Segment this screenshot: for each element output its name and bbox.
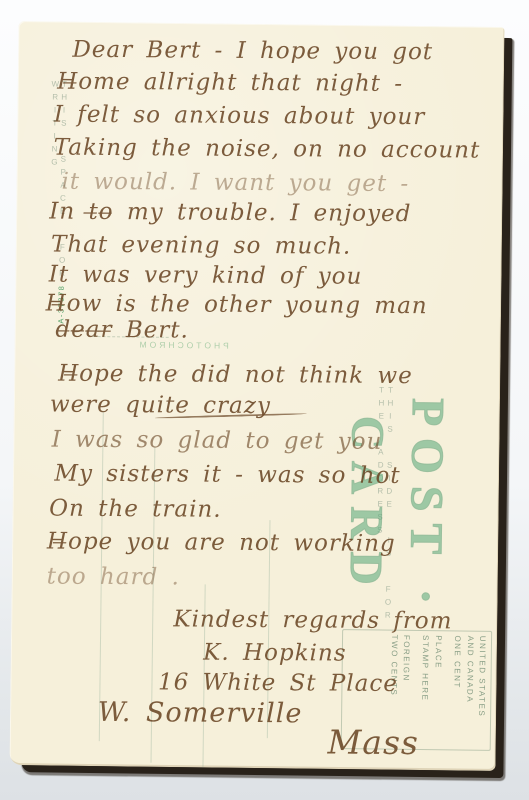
handwritten-line: Taking the noise, on no account <box>54 135 481 164</box>
handwritten-line: Dear Bert - I hope you got <box>72 37 433 66</box>
handwritten-line: W. Somerville <box>98 697 303 729</box>
handwritten-line: It was very kind of you <box>49 262 363 290</box>
handwritten-line: too hard . <box>47 564 180 591</box>
handwritten-line: That evening so much. <box>51 232 351 260</box>
postcard-scan: THIS SPACE FOR WRITING A-37378 PHOTOCHRO… <box>9 21 504 771</box>
handwritten-line: d̶e̶a̶r̶ Bert. <box>55 317 189 344</box>
handwritten-line: H̶ome allright that night - <box>57 69 403 97</box>
handwritten-line: were quite crazy <box>50 392 271 420</box>
handwritten-line: 16 White St Place <box>158 669 398 697</box>
handwriting-layer: Dear Bert - I hope you gotH̶ome allright… <box>11 22 502 769</box>
handwritten-line: I felt so anxious about your <box>54 102 426 131</box>
handwritten-line: In t̶o̶ my trouble. I enjoyed <box>49 199 411 228</box>
handwritten-line: H̶ow is the other young man <box>46 291 428 320</box>
handwritten-line: K. Hopkins <box>203 640 347 667</box>
handwritten-line: Mass <box>327 723 419 763</box>
handwritten-line: I was so glad to get you <box>52 427 383 455</box>
handwritten-line: On the train. <box>49 496 222 523</box>
handwritten-line: My sisters it - was so hot <box>54 461 400 489</box>
handwritten-line: H̶ope the did not think we <box>58 361 413 389</box>
handwritten-line: Kindest regards from <box>173 606 452 634</box>
handwritten-line: it would. I want you get - <box>61 169 409 197</box>
handwritten-line: H̶ope you are not working <box>47 529 396 557</box>
